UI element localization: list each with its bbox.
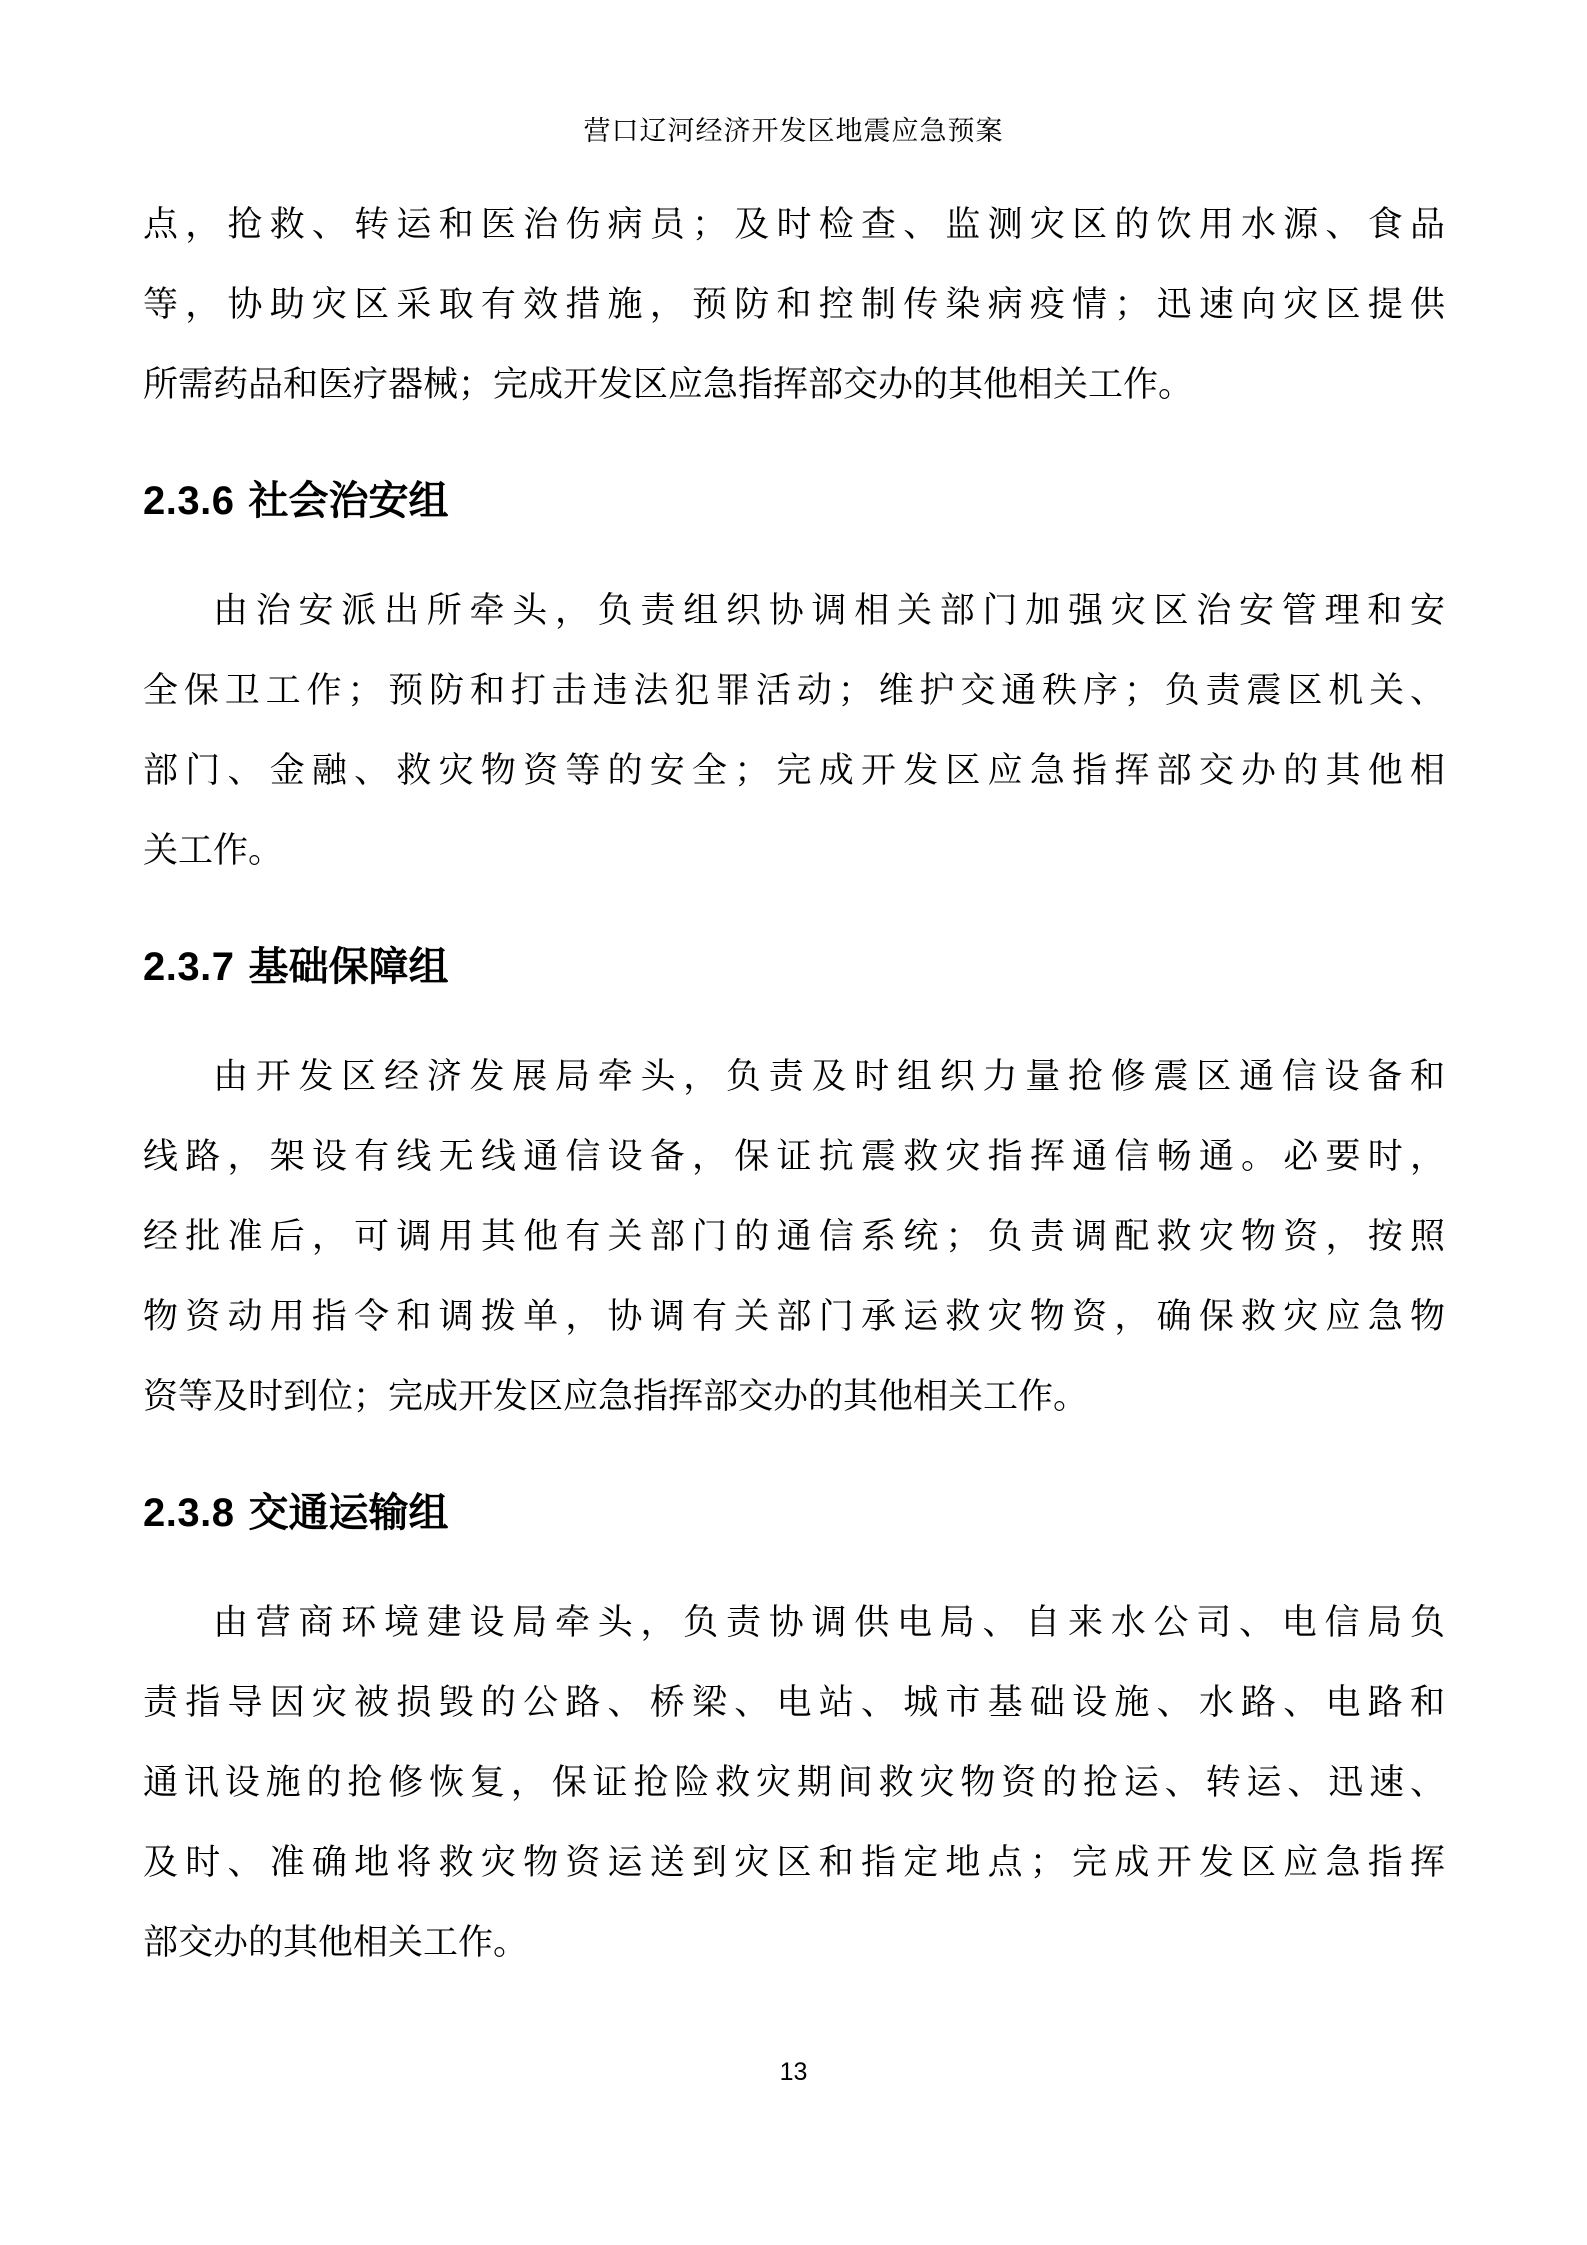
text-line: 由治安派出所牵头，负责组织协调相关部门加强灾区治安管理和安 — [143, 571, 1445, 651]
page-number: 13 — [0, 2056, 1587, 2088]
text-line: 经批准后，可调用其他有关部门的通信系统；负责调配救灾物资，按照 — [143, 1197, 1445, 1277]
paragraph: 由治安派出所牵头，负责组织协调相关部门加强灾区治安管理和安全保卫工作；预防和打击… — [143, 571, 1445, 891]
document-body: 点，抢救、转运和医治伤病员；及时检查、监测灾区的饮用水源、食品等，协助灾区采取有… — [143, 185, 1445, 1983]
text-line: 点，抢救、转运和医治伤病员；及时检查、监测灾区的饮用水源、食品 — [143, 185, 1445, 265]
heading-title: 社会治安组 — [248, 477, 448, 524]
text-line: 全保卫工作；预防和打击违法犯罪活动；维护交通秩序；负责震区机关、 — [143, 651, 1445, 731]
page-header-title: 营口辽河经济开发区地震应急预案 — [0, 112, 1587, 152]
text-line: 通讯设施的抢修恢复，保证抢险救灾期间救灾物资的抢运、转运、迅速、 — [143, 1743, 1445, 1823]
text-line: 及时、准确地将救灾物资运送到灾区和指定地点；完成开发区应急指挥 — [143, 1823, 1445, 1903]
paragraph: 由营商环境建设局牵头，负责协调供电局、自来水公司、电信局负责指导因灾被损毁的公路… — [143, 1583, 1445, 1983]
text-line: 关工作。 — [143, 811, 1445, 891]
heading-number: 2.3.8 — [143, 1491, 234, 1535]
text-line: 资等及时到位；完成开发区应急指挥部交办的其他相关工作。 — [143, 1357, 1445, 1437]
text-line: 部交办的其他相关工作。 — [143, 1903, 1445, 1983]
heading-number: 2.3.6 — [143, 479, 234, 523]
document-page: 营口辽河经济开发区地震应急预案 点，抢救、转运和医治伤病员；及时检查、监测灾区的… — [0, 0, 1587, 2245]
paragraph: 点，抢救、转运和医治伤病员；及时检查、监测灾区的饮用水源、食品等，协助灾区采取有… — [143, 185, 1445, 425]
text-line: 所需药品和医疗器械；完成开发区应急指挥部交办的其他相关工作。 — [143, 345, 1445, 425]
text-line: 部门、金融、救灾物资等的安全；完成开发区应急指挥部交办的其他相 — [143, 731, 1445, 811]
text-line: 由开发区经济发展局牵头，负责及时组织力量抢修震区通信设备和 — [143, 1037, 1445, 1117]
heading-number: 2.3.7 — [143, 945, 234, 989]
text-line: 线路，架设有线无线通信设备，保证抗震救灾指挥通信畅通。必要时， — [143, 1117, 1445, 1197]
text-line: 由营商环境建设局牵头，负责协调供电局、自来水公司、电信局负 — [143, 1583, 1445, 1663]
section-heading: 2.3.8交通运输组 — [143, 1467, 1445, 1559]
text-line: 物资动用指令和调拨单，协调有关部门承运救灾物资，确保救灾应急物 — [143, 1277, 1445, 1357]
section-heading: 2.3.6社会治安组 — [143, 455, 1445, 547]
text-line: 责指导因灾被损毁的公路、桥梁、电站、城市基础设施、水路、电路和 — [143, 1663, 1445, 1743]
section-heading: 2.3.7基础保障组 — [143, 921, 1445, 1013]
heading-title: 交通运输组 — [248, 1489, 448, 1536]
text-line: 等，协助灾区采取有效措施，预防和控制传染病疫情；迅速向灾区提供 — [143, 265, 1445, 345]
heading-title: 基础保障组 — [248, 943, 448, 990]
paragraph: 由开发区经济发展局牵头，负责及时组织力量抢修震区通信设备和线路，架设有线无线通信… — [143, 1037, 1445, 1437]
